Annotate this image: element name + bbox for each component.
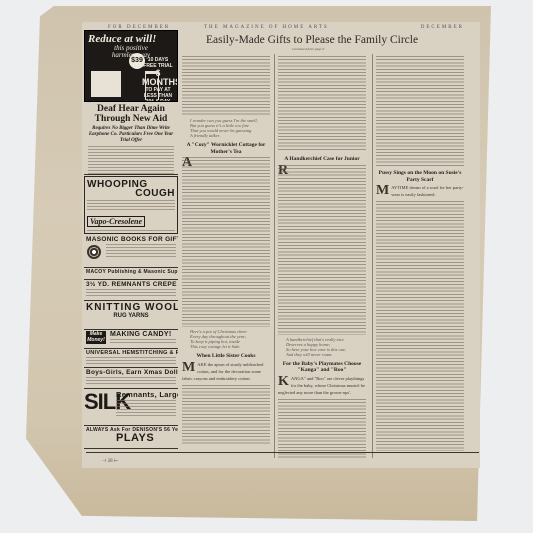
bottom-rule: [86, 452, 479, 453]
ad-body-text: [106, 244, 176, 258]
ad-denisons-plays: ALWAYS Ask For DENISON'S 56 Years of Hit…: [84, 426, 178, 449]
drop-cap: M: [376, 185, 389, 197]
ad-macoy: MACOY Publishing & Masonic Supply Co.: [84, 268, 178, 280]
ad-whooping-brand: Vapo-Cresolene: [87, 216, 145, 227]
ad-deaf-hear: Deaf Hear Again Through New Aid Requires…: [84, 102, 178, 175]
section-heading: Pussy Sings on the Moon on Susie's Party…: [376, 170, 464, 183]
body-text: [182, 385, 270, 445]
body-text: [278, 165, 366, 335]
ad-plays-big: PLAYS: [116, 432, 154, 444]
body-text: [278, 56, 366, 152]
body-text: [376, 56, 464, 166]
section-heading: For the Baby's Playmates Choose "Kanga" …: [278, 361, 366, 374]
verse: Here's a pot of Christmas cheer Every da…: [182, 329, 270, 349]
ad-hemstitching: UNIVERSAL HEMSTITCHING & PICOTING: [84, 349, 178, 368]
section-heading: A Handkerchief Case for Junior: [278, 156, 366, 163]
ad-remnants-crepe: 3½ YD. REMNANTS CREPE PARIS: [84, 280, 178, 301]
verse-line: And they will never roam.: [286, 352, 366, 357]
ad-knitting-sub: RUG YARNS: [86, 313, 176, 319]
article-column-3: Pussy Sings on the Moon on Susie's Party…: [376, 54, 464, 458]
ad-making-candy: Make Money! MAKING CANDY!: [84, 330, 178, 349]
continued-note: Continued from page 9: [292, 47, 324, 51]
body-text: [376, 201, 464, 451]
ad-xmas-dollars: Boys-Girls, Earn Xmas Dollars: [84, 368, 178, 389]
drop-cap: K: [278, 376, 289, 388]
page-number: ⊣ 28 ⊢: [102, 458, 118, 464]
section-heading: A "Cozy" Wornicklet Cottage for Mother's…: [182, 142, 270, 155]
ad-candy-title: MAKING CANDY!: [110, 331, 176, 338]
page-content: FOR DECEMBER THE MAGAZINE OF HOME ARTS D…: [82, 22, 480, 468]
ad-deaf-title: Deaf Hear Again: [84, 104, 178, 114]
ad-body-text: [116, 400, 176, 418]
ad-body-text: [110, 339, 176, 344]
ad-xmas-title: Boys-Girls, Earn Xmas Dollars: [86, 369, 176, 376]
body-text: [182, 157, 270, 327]
article-column-2: A Handkerchief Case for Junior R A handk…: [278, 54, 366, 458]
masonic-emblem-icon: [87, 245, 101, 259]
ad-hemstitch-title: UNIVERSAL HEMSTITCHING & PICOTING: [86, 350, 176, 356]
ad-body-text: [86, 377, 176, 385]
ad-deaf-title2: Through New Aid: [84, 114, 178, 124]
ad-body-text: [88, 146, 174, 175]
ad-masonic-books: MASONIC BOOKS FOR GIFTS: [84, 235, 178, 268]
verse-line: A friendly talker.: [190, 133, 270, 138]
ad-body-text: [86, 289, 176, 297]
ad-deaf-subtitle: Requires No Bigger Than Dime Write Earph…: [84, 126, 178, 144]
verse-line: This cozy cottage let it hide.: [190, 344, 270, 349]
column-rule: [274, 54, 275, 458]
body-text: [278, 399, 366, 459]
column-rule: [372, 54, 373, 458]
article-column-1: I wonder can you guess I'm the smell, Bu…: [182, 54, 270, 458]
drop-cap: M: [182, 362, 195, 374]
ad-whooping-cough: WHOOPING COUGH Vapo-Cresolene: [84, 176, 178, 234]
verse: A handkerchief that's really nice Deserv…: [278, 337, 366, 357]
ad-masonic-title: MASONIC BOOKS FOR GIFTS: [86, 236, 176, 243]
ad-body-text: [87, 200, 175, 210]
body-text: [182, 56, 270, 116]
lead-text: AYTIME dream of a scarf for her party-we…: [391, 185, 463, 197]
advertisements-column: Reduce at will! this positive harmless w…: [84, 30, 178, 462]
ad-remnants-title: 3½ YD. REMNANTS CREPE PARIS: [86, 281, 176, 288]
coupon-illustration: [91, 71, 121, 97]
section-heading: When Little Sister Cooks: [182, 353, 270, 360]
stool-illustration: [145, 71, 159, 100]
ad-body-text: [87, 230, 175, 234]
verse: I wonder can you guess I'm the smell, Bu…: [182, 118, 270, 138]
lead-text: ANGA" and "Roo" are clever playthings fo…: [278, 376, 365, 395]
ad-macoy-title: MACOY Publishing & Masonic Supply Co.: [86, 269, 176, 275]
ad-reduce: Reduce at will! this positive harmless w…: [84, 30, 178, 102]
article: Easily-Made Gifts to Please the Family C…: [182, 30, 474, 458]
ad-body-text: [86, 357, 176, 365]
ad-candy-logo: Make Money!: [86, 331, 106, 344]
article-title: Easily-Made Gifts to Please the Family C…: [206, 34, 418, 46]
ad-knitting-title: KNITTING WOOL: [86, 302, 176, 313]
ad-knitting-wool: KNITTING WOOL RUG YARNS: [84, 301, 178, 330]
page-number-value: 28: [108, 459, 113, 464]
ad-silk-remnants: SILK Remnants, Largest: [84, 389, 178, 426]
